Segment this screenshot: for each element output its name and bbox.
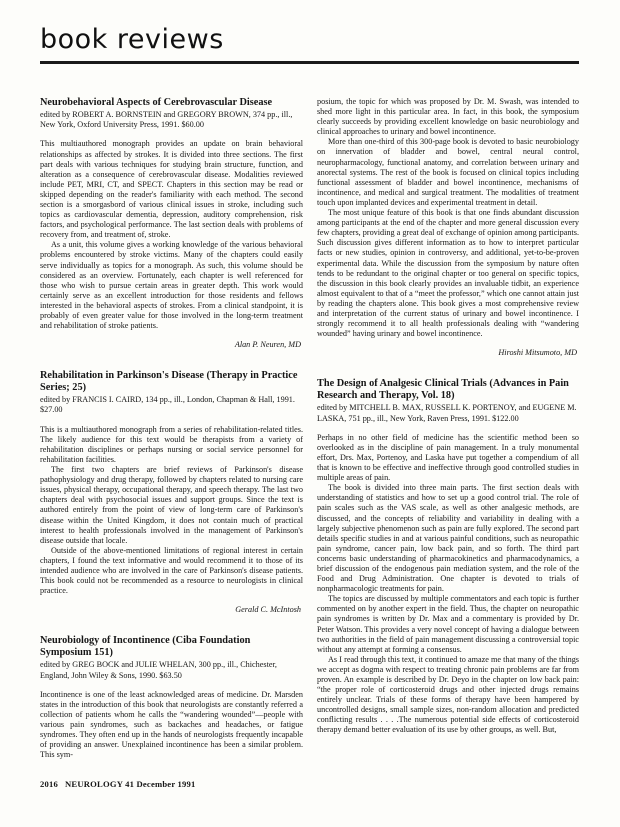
review-cerebrovascular: Neurobehavioral Aspects of Cerebrovascul…: [40, 97, 303, 350]
review-byline: edited by MITCHELL B. MAX, RUSSELL K. PO…: [317, 403, 579, 423]
review-title: Neurobehavioral Aspects of Cerebrovascul…: [40, 97, 303, 109]
review-title: Rehabilitation in Parkinson's Disease (T…: [40, 370, 303, 394]
header-rule: [40, 61, 579, 64]
review-paragraph: The topics are discussed by multiple com…: [317, 594, 579, 655]
review-paragraph: posium, the topic for which was proposed…: [317, 97, 579, 137]
review-paragraph: This is a multiauthored monograph from a…: [40, 425, 303, 465]
review-paragraph: Outside of the above-mentioned limitatio…: [40, 546, 303, 596]
reviewer-signature: Alan P. Neuren, MD: [40, 340, 301, 350]
review-paragraph: Incontinence is one of the least acknowl…: [40, 690, 303, 761]
review-paragraph: As a unit, this volume gives a working k…: [40, 240, 303, 331]
review-paragraph: This multiauthored monograph provides an…: [40, 139, 303, 240]
review-title: Neurobiology of Incontinence (Ciba Found…: [40, 635, 303, 659]
page-footer: 2016NEUROLOGY 41 December 1991: [40, 779, 196, 789]
review-paragraph: The most unique feature of this book is …: [317, 208, 579, 339]
review-parkinsons-rehab: Rehabilitation in Parkinson's Disease (T…: [40, 370, 303, 615]
journal-page: book reviews Neurobehavioral Aspects of …: [0, 0, 620, 827]
right-column: posium, the topic for which was proposed…: [317, 97, 579, 736]
review-paragraph: The book is divided into three main part…: [317, 483, 579, 594]
review-incontinence: Neurobiology of Incontinence (Ciba Found…: [40, 635, 303, 760]
left-column: Neurobehavioral Aspects of Cerebrovascul…: [40, 97, 303, 760]
footer-journal-line: NEUROLOGY 41 December 1991: [65, 779, 196, 789]
page-title: book reviews: [40, 26, 224, 53]
footer-page-number: 2016: [40, 779, 58, 789]
review-byline: edited by GREG BOCK and JULIE WHELAN, 30…: [40, 660, 303, 680]
review-paragraph: As I read through this text, it continue…: [317, 655, 579, 736]
review-paragraph: Perhaps in no other field of medicine ha…: [317, 433, 579, 483]
reviewer-signature: Gerald C. McIntosh: [40, 605, 301, 615]
review-byline: edited by ROBERT A. BORNSTEIN and GREGOR…: [40, 110, 303, 130]
review-title: The Design of Analgesic Clinical Trials …: [317, 378, 579, 402]
review-paragraph: The first two chapters are brief reviews…: [40, 465, 303, 546]
reviewer-signature: Hiroshi Mitsumoto, MD: [317, 348, 577, 358]
review-byline: edited by FRANCIS I. CAIRD, 134 pp., ill…: [40, 395, 303, 415]
review-paragraph: More than one-third of this 300-page boo…: [317, 137, 579, 208]
review-incontinence-continued: posium, the topic for which was proposed…: [317, 97, 579, 358]
review-analgesic-trials: The Design of Analgesic Clinical Trials …: [317, 378, 579, 735]
